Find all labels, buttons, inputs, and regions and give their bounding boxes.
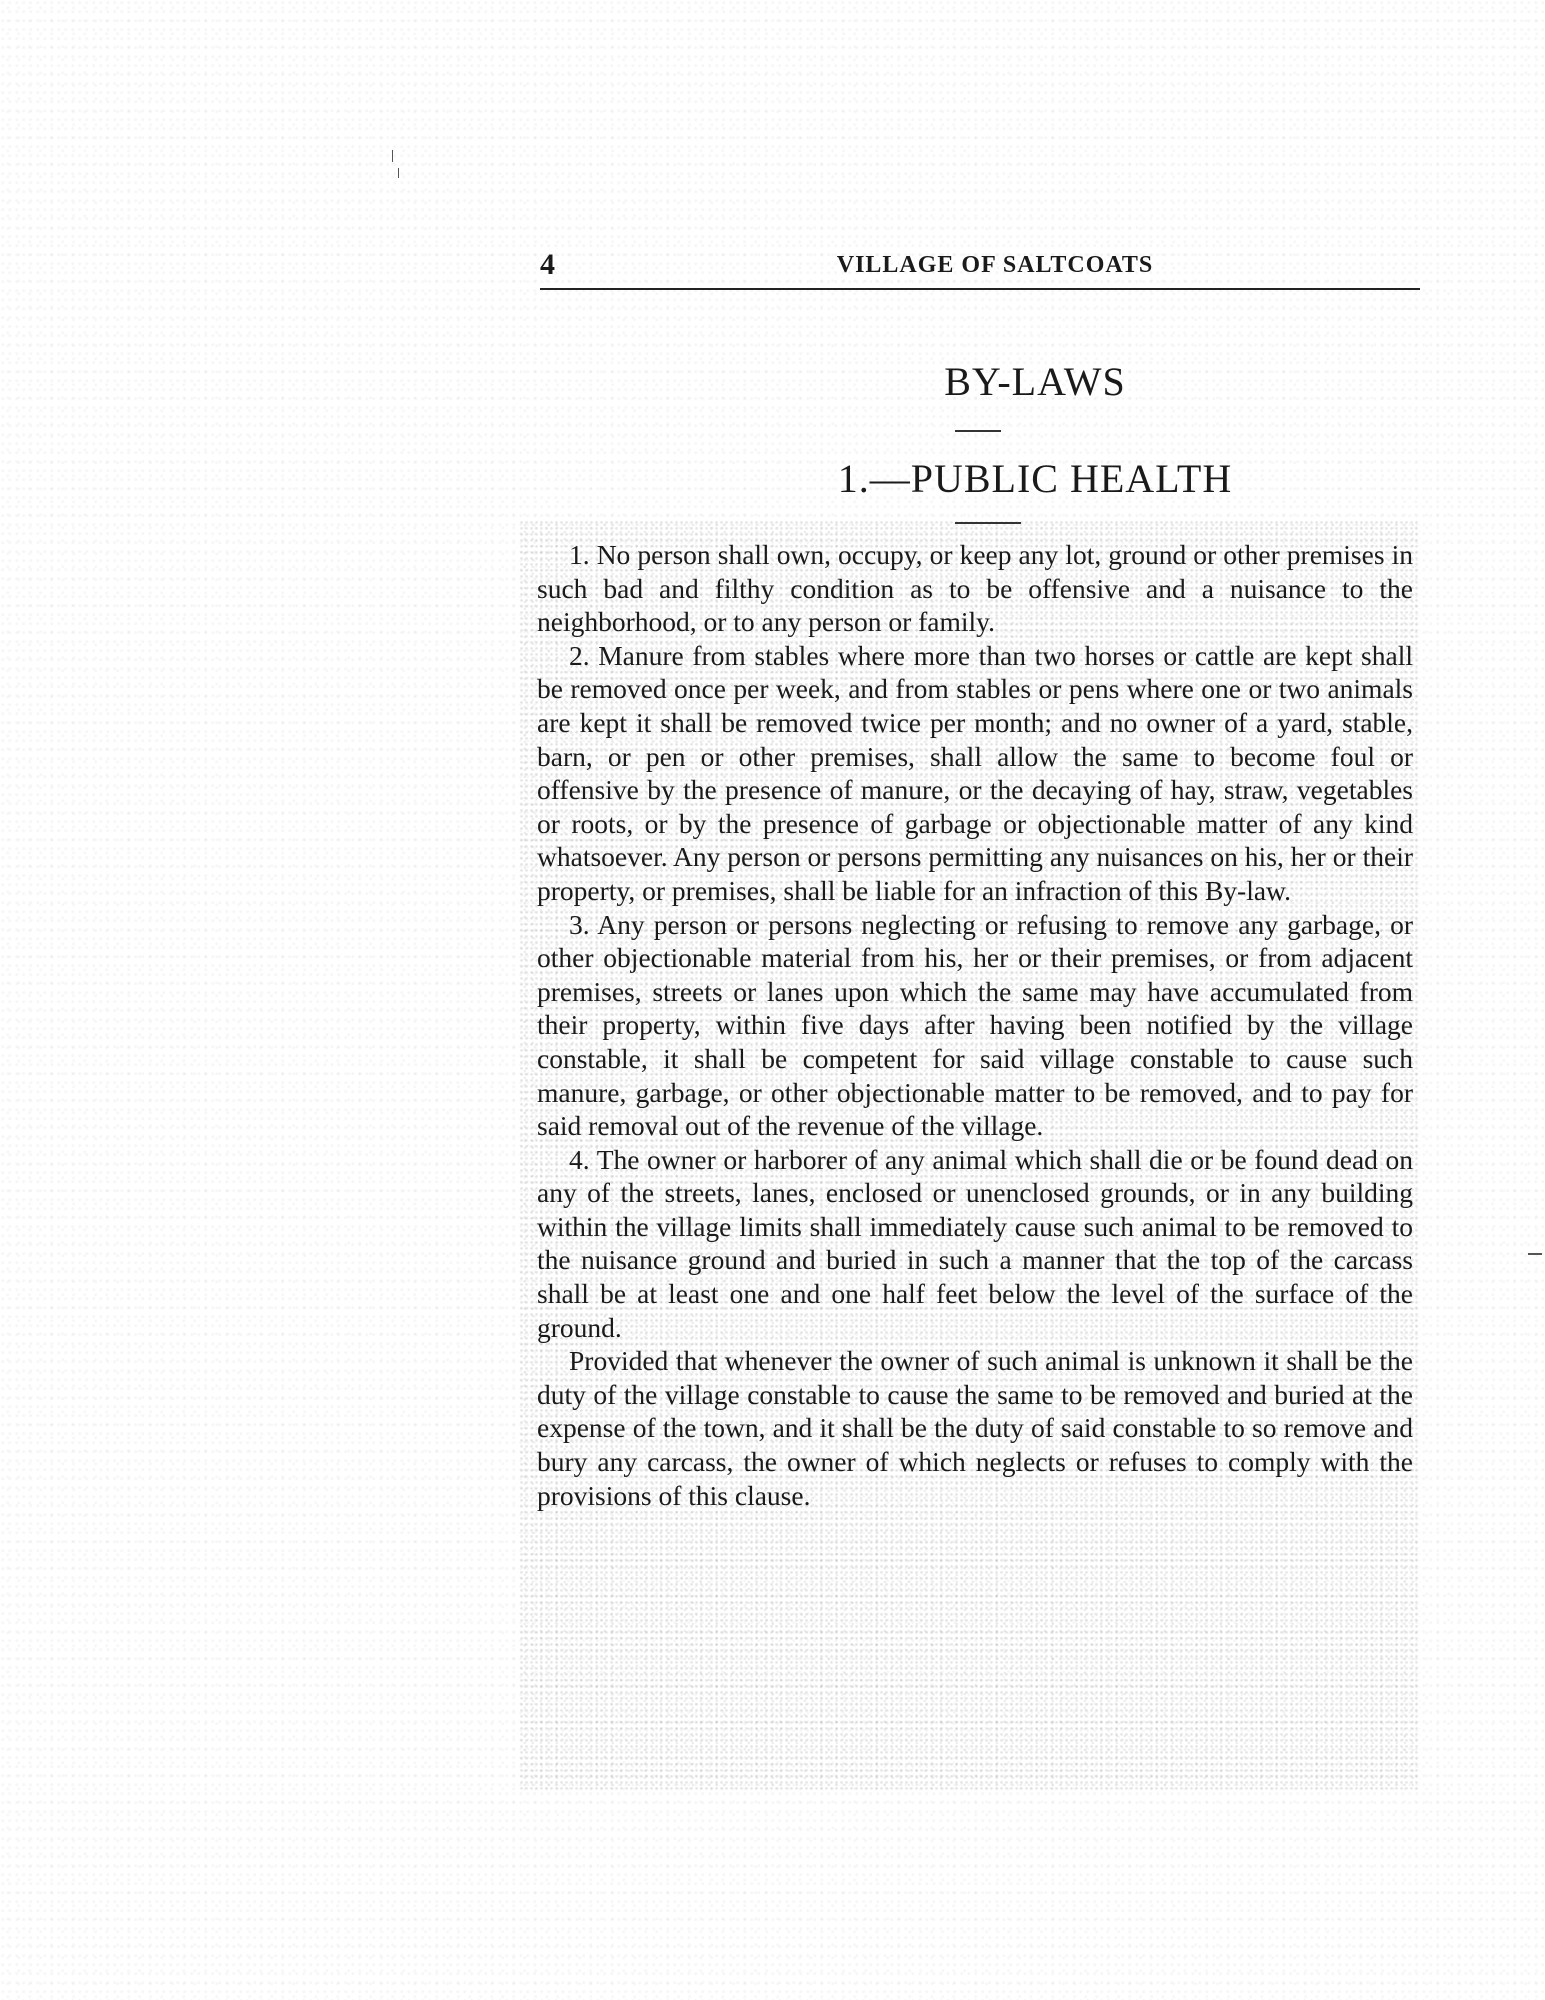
scan-mark [1528,1253,1542,1255]
running-head: 4 VILLAGE OF SALTCOATS [540,248,1410,288]
bylaw-paragraph-1: 1. No person shall own, occupy, or keep … [537,538,1413,639]
title-divider [955,430,1001,432]
bylaw-proviso: Provided that whenever the owner of such… [537,1344,1413,1512]
page-title: BY-LAWS [540,358,1420,405]
bylaw-body: 1. No person shall own, occupy, or keep … [537,538,1413,1512]
running-title: VILLAGE OF SALTCOATS [540,252,1410,279]
scanned-page: 4 VILLAGE OF SALTCOATS BY-LAWS 1.—PUBLIC… [0,0,1545,2000]
scan-mark [398,168,399,178]
bylaw-paragraph-3: 3. Any person or persons neglecting or r… [537,908,1413,1143]
scan-mark [392,150,393,162]
header-rule [540,288,1420,290]
bylaw-paragraph-4: 4. The owner or harborer of any animal w… [537,1143,1413,1345]
bylaw-paragraph-2: 2. Manure from stables where more than t… [537,639,1413,908]
section-divider [955,522,1021,524]
section-title: 1.—PUBLIC HEALTH [540,455,1420,502]
